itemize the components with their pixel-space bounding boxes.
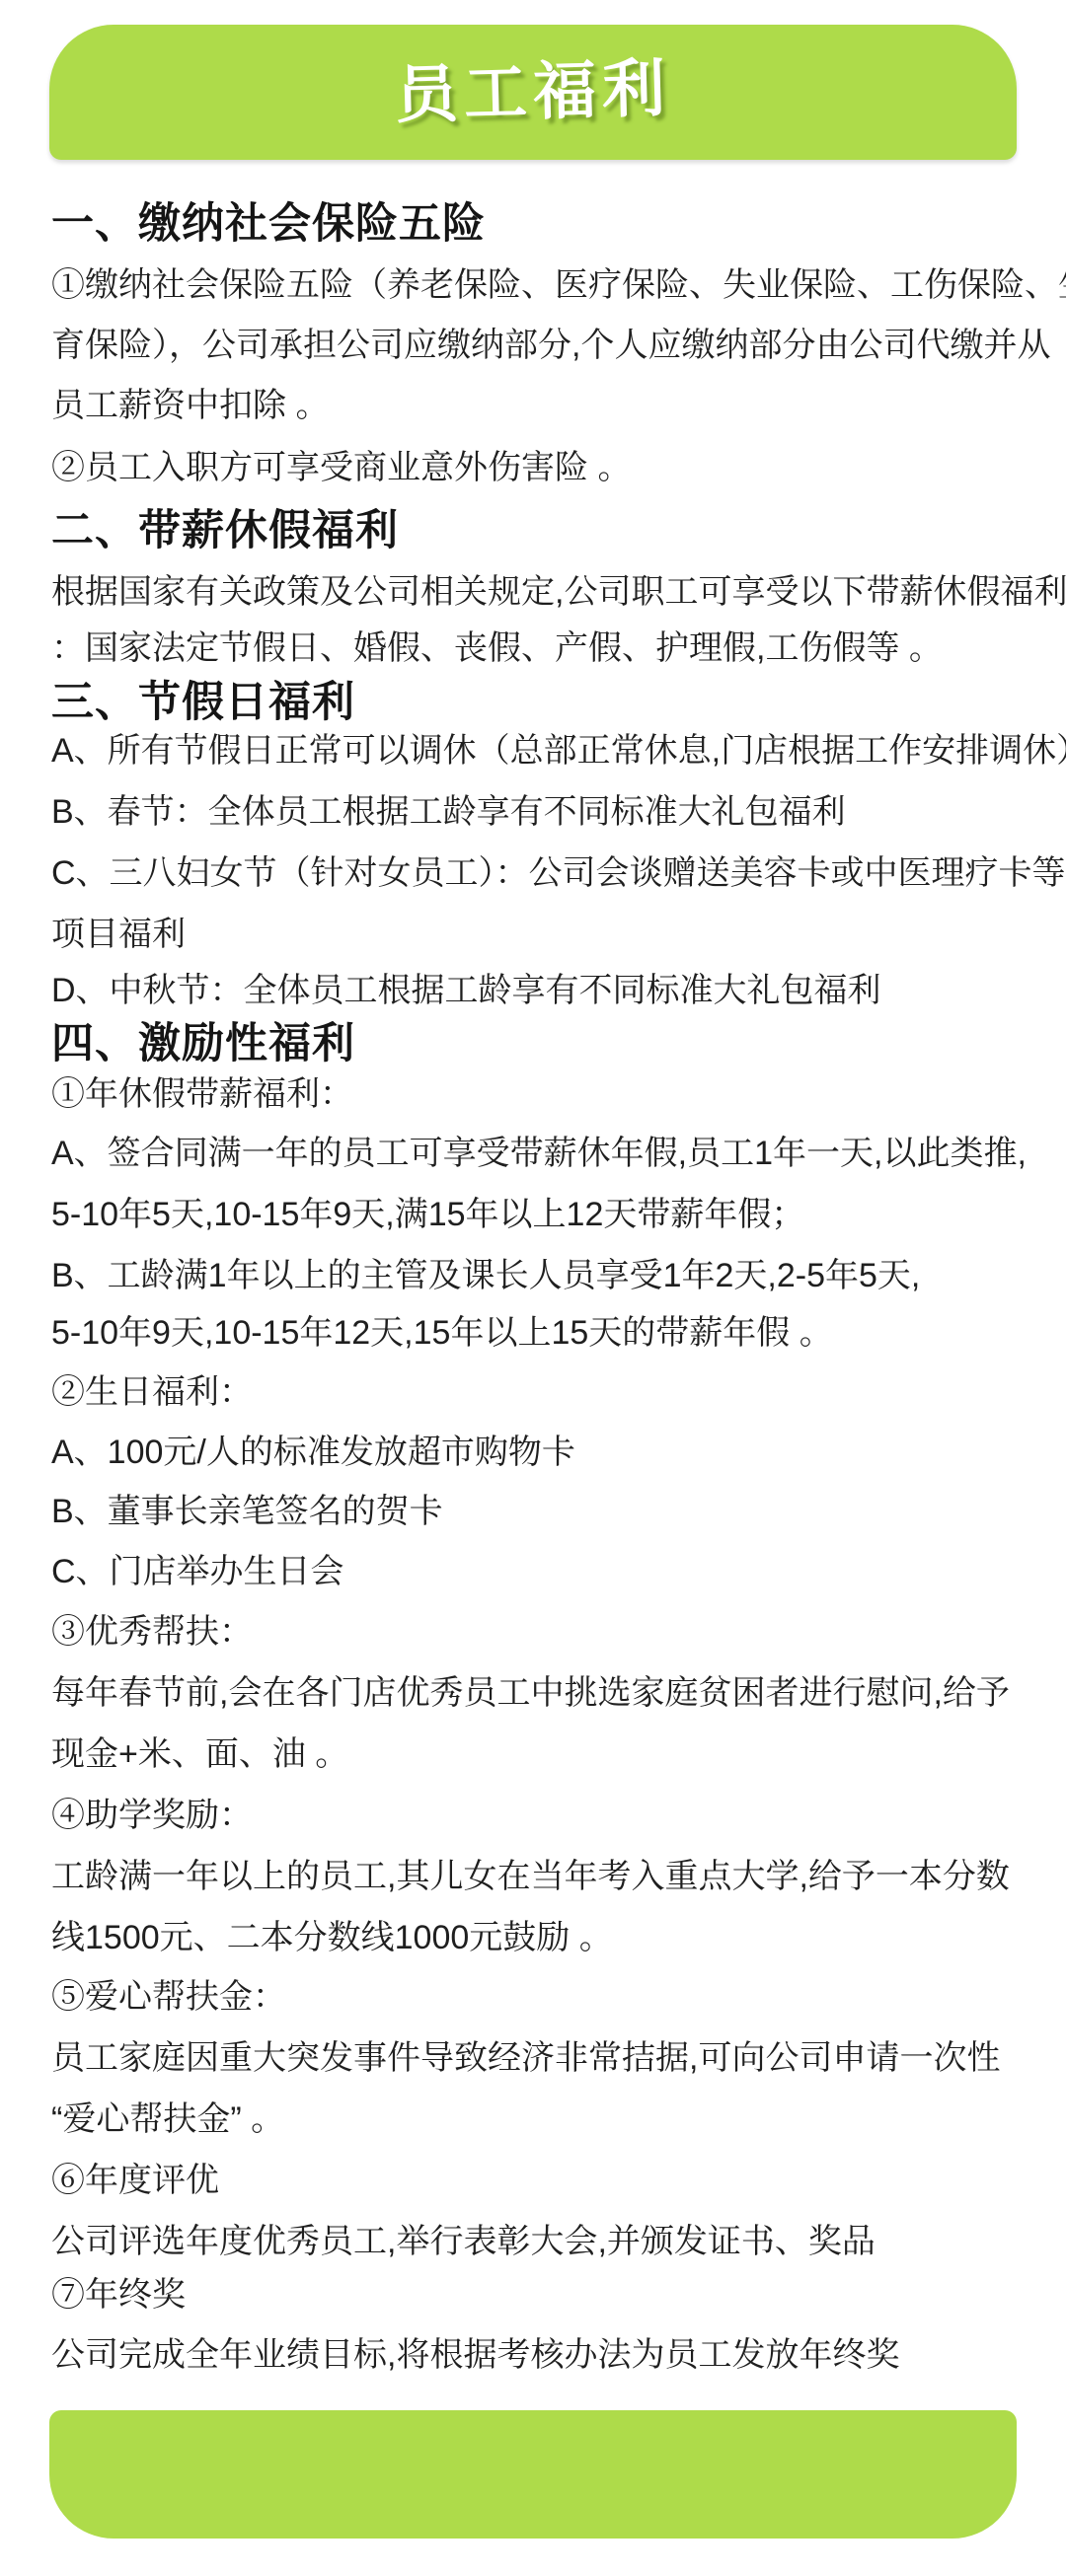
benefit-text-line: 线1500元、二本分数线1000元鼓励 。 (51, 1907, 613, 1969)
benefit-text-line: 项目福利 (51, 904, 186, 966)
benefit-text-line: 育保险），公司承担公司应缴纳部分,个人应缴纳部分由公司代缴并从 (51, 315, 1043, 377)
benefit-text-line: 现金+米、面、油 。 (51, 1724, 348, 1786)
footer-banner (49, 2410, 1017, 2539)
benefit-text-line: 工龄满一年以上的员工,其儿女在当年考入重点大学,给予一本分数 (51, 1846, 1010, 1908)
benefit-text-line: ①年休假带薪福利： (51, 1064, 353, 1126)
benefit-text-line: 员工家庭因重大突发事件导致经济非常拮据,可向公司申请一次性 (51, 2027, 1000, 2090)
benefit-text-line: A、所有节假日正常可以调休（总部正常休息,门店根据工作安排调休） (51, 720, 1043, 782)
benefit-text-line: A、签合同满一年的员工可享受带薪休年假,员工1年一天,以此类推, (51, 1123, 1027, 1185)
benefit-text-line: “爱心帮扶金” 。 (51, 2089, 284, 2151)
benefit-text-line: ④助学奖励： (51, 1785, 253, 1847)
benefit-text-line: 每年春节前,会在各门店优秀员工中挑选家庭贫困者进行慰问,给予 (51, 1662, 1010, 1725)
benefit-text-line: ⑥年度评优 (51, 2150, 219, 2212)
benefits-content: 一、缴纳社会保险五险①缴纳社会保险五险（养老保险、医疗保险、失业保险、工伤保险、… (0, 0, 1066, 2576)
benefit-text-line: C、门店举办生日会 (51, 1541, 344, 1603)
benefit-text-line: 5-10年9天,10-15年12天,15年以上15天的带薪年假 。 (51, 1302, 833, 1364)
benefit-text-line: B、春节：全体员工根据工龄享有不同标准大礼包福利 (51, 781, 846, 844)
benefit-text-line: ①缴纳社会保险五险（养老保险、医疗保险、失业保险、工伤保险、生 (51, 255, 1043, 317)
section-heading: 一、缴纳社会保险五险 (51, 190, 486, 258)
benefit-text-line: ⑦年终奖 (51, 2264, 186, 2326)
benefit-text-line: A、100元/人的标准发放超市购物卡 (51, 1422, 575, 1484)
benefit-text-line: 5-10年5天,10-15年9天,满15年以上12天带薪年假； (51, 1184, 804, 1246)
benefit-text-line: 员工薪资中扣除 。 (51, 375, 329, 437)
benefit-text-line: B、董事长亲笔签名的贺卡 (51, 1481, 443, 1543)
benefit-text-line: B、工龄满1年以上的主管及课长人员享受1年2天,2-5年5天, (51, 1245, 920, 1307)
benefit-text-line: ②员工入职方可享受商业意外伤害险 。 (51, 437, 631, 499)
section-heading: 二、带薪休假福利 (51, 497, 399, 564)
benefit-text-line: ③优秀帮扶： (51, 1601, 253, 1663)
benefit-text-line: 根据国家有关政策及公司相关规定,公司职工可享受以下带薪休假福利 (51, 561, 1043, 624)
benefit-text-line: ⑤爱心帮扶金： (51, 1966, 286, 2028)
benefit-text-line: ②生日福利： (51, 1362, 253, 1424)
benefits-poster: 员工福利 一、缴纳社会保险五险①缴纳社会保险五险（养老保险、医疗保险、失业保险、… (0, 0, 1066, 2576)
benefit-text-line: 公司完成全年业绩目标,将根据考核办法为员工发放年终奖 (51, 2324, 899, 2387)
benefit-text-line: C、三八妇女节（针对女员工）：公司会谈赠送美容卡或中医理疗卡等 (51, 843, 1043, 905)
